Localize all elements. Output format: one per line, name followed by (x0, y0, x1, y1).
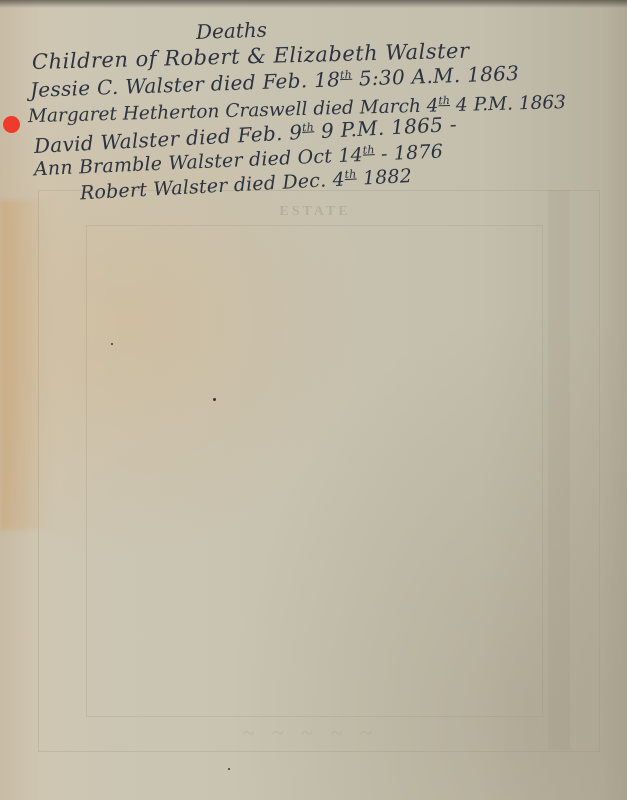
record-ordinal: th (344, 168, 357, 182)
record-time: 5:30 A.M. (358, 63, 460, 91)
bible-record-page: ESTATE ~ ~ ~ ~ ~ Deaths Children of Robe… (0, 0, 627, 800)
record-verb: died (313, 98, 354, 120)
paper-speck (228, 768, 230, 770)
record-ordinal: th (302, 121, 315, 135)
record-ordinal: th (340, 68, 353, 81)
record-year: 1863 (467, 61, 520, 87)
printed-border-band (548, 190, 570, 750)
record-name: Jessie C. Walster (30, 72, 205, 102)
record-ordinal: th (362, 143, 374, 157)
faint-printed-ornament: ~ ~ ~ ~ ~ (110, 720, 510, 746)
record-year: 1876 (393, 140, 443, 164)
paper-speck (111, 343, 113, 345)
page-top-shadow (0, 0, 627, 8)
record-date: Feb. 9 (237, 120, 303, 147)
record-verb: died (233, 172, 277, 196)
record-verb: died (185, 124, 231, 150)
record-verb: died (249, 147, 292, 171)
record-verb: died (210, 70, 256, 96)
record-time: - (381, 143, 389, 165)
record-year: 1865 - (390, 112, 457, 139)
record-time: 9 P.M. (320, 116, 385, 143)
record-year: 1863 (519, 92, 567, 114)
record-year: 1882 (362, 165, 412, 190)
deaths-heading: Deaths (196, 18, 268, 44)
record-date: Oct 14 (297, 144, 363, 169)
paper-speck (213, 398, 216, 401)
record-ordinal: th (438, 94, 450, 107)
red-marker-dot (3, 116, 20, 133)
faint-printed-header: ESTATE (255, 204, 375, 220)
printed-border-inner (86, 225, 543, 717)
record-date: Feb. 18 (262, 67, 340, 94)
record-time: 4 P.M. (456, 93, 514, 115)
record-date: Dec. 4 (282, 168, 346, 193)
